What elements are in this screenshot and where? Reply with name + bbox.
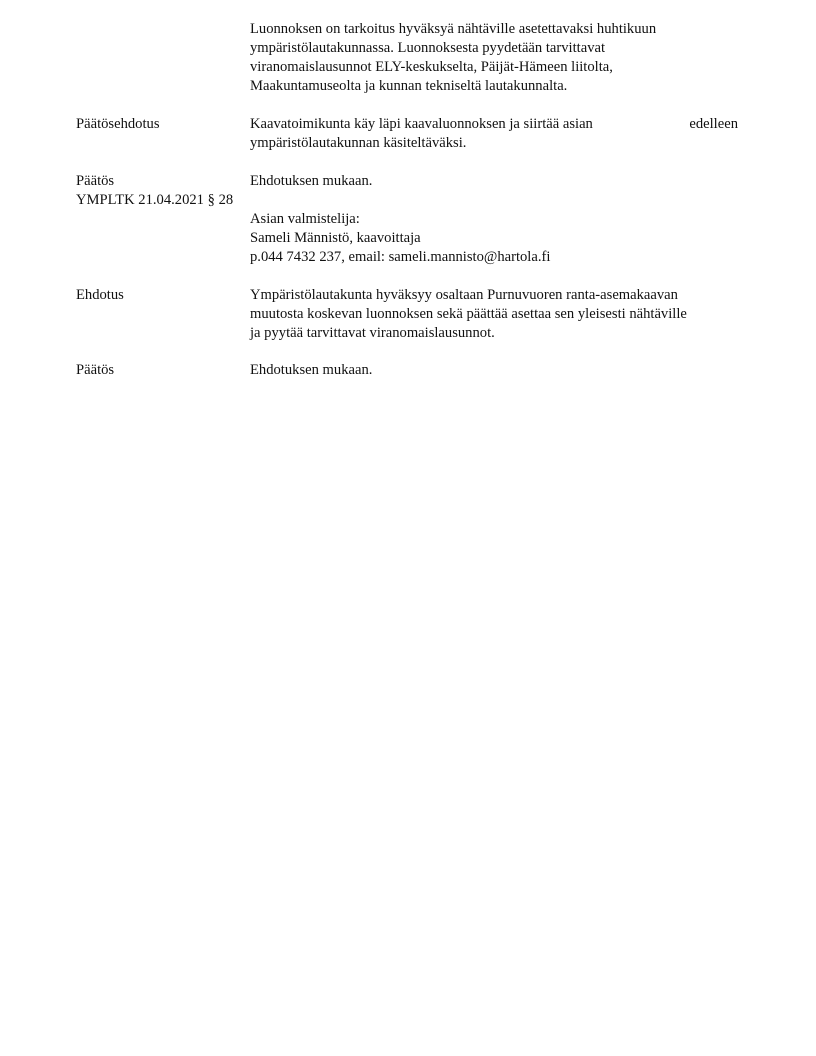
ehdotus-label: Ehdotus (76, 286, 124, 305)
paatosehdotus-label: Päätösehdotus (76, 115, 160, 134)
document-page: Luonnoksen on tarkoitus hyväksyä nähtävi… (0, 0, 816, 1056)
paatos-text: Ehdotuksen mukaan. (250, 172, 738, 191)
paatosehdotus-line-left: Kaavatoimikunta käy läpi kaavaluonnoksen… (250, 115, 593, 134)
meeting-reference: YMPLTK 21.04.2021 § 28 (76, 191, 233, 210)
paatos-text: Ehdotuksen mukaan. (250, 361, 738, 380)
preparer-contact: p.044 7432 237, email: sameli.mannisto@h… (250, 248, 738, 267)
paatos-value: Ehdotuksen mukaan. (250, 172, 738, 191)
preparer-name: Sameli Männistö, kaavoittaja (250, 229, 738, 248)
paatosehdotus-line: Kaavatoimikunta käy läpi kaavaluonnoksen… (250, 115, 738, 134)
paatos-label: Päätös (76, 172, 114, 191)
intro-line: ympäristölautakunnassa. Luonnoksesta pyy… (250, 39, 738, 58)
ehdotus-line: ja pyytää tarvittavat viranomaislausunno… (250, 324, 738, 343)
paatosehdotus-line: ympäristölautakunnan käsiteltäväksi. (250, 134, 738, 153)
paatos-value: Ehdotuksen mukaan. (250, 361, 738, 380)
intro-line: Maakuntamuseolta ja kunnan tekniseltä la… (250, 77, 738, 96)
paatosehdotus-text: Kaavatoimikunta käy läpi kaavaluonnoksen… (250, 115, 738, 153)
ehdotus-line: muutosta koskevan luonnoksen sekä päättä… (250, 305, 738, 324)
preparer-heading: Asian valmistelija: (250, 210, 738, 229)
paatos-label: Päätös (76, 361, 114, 380)
ehdotus-line: Ympäristölautakunta hyväksyy osaltaan Pu… (250, 286, 738, 305)
paatosehdotus-line-right: edelleen (689, 115, 738, 134)
intro-line: Luonnoksen on tarkoitus hyväksyä nähtävi… (250, 20, 738, 39)
ehdotus-text: Ympäristölautakunta hyväksyy osaltaan Pu… (250, 286, 738, 343)
preparer-block: Asian valmistelija: Sameli Männistö, kaa… (250, 210, 738, 267)
intro-paragraph: Luonnoksen on tarkoitus hyväksyä nähtävi… (250, 20, 738, 96)
intro-line: viranomaislausunnot ELY-keskukselta, Päi… (250, 58, 738, 77)
